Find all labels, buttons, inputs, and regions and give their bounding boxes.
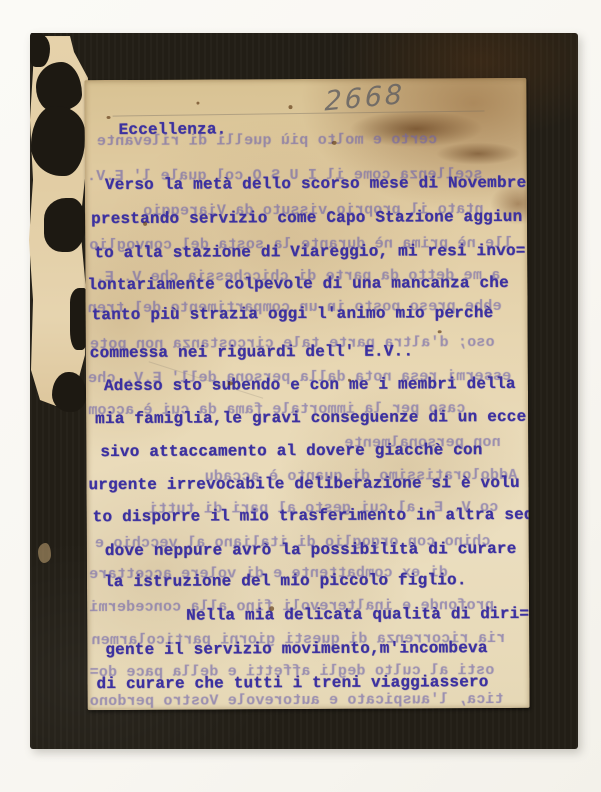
torn-black-fragment	[31, 106, 85, 176]
foxing-speck	[143, 222, 147, 226]
torn-black-fragment	[36, 62, 82, 112]
letter-line: prestando servizio come Capo Stazione ag…	[91, 209, 522, 227]
letter-line: Eccellenza.	[119, 121, 227, 138]
foxing-speck	[196, 102, 199, 105]
paper-crease	[113, 110, 485, 116]
letter-line: dove neppure avrò la possibilità di cura…	[105, 541, 517, 559]
letter-line: la istruzione del mio piccolo figlio.	[104, 572, 467, 590]
letter-line: sivo attaccamento al dovere giacchè con	[100, 442, 482, 460]
foxing-speck	[348, 379, 351, 382]
letter-line: to disporre il mio trasferimento in altr…	[93, 507, 530, 525]
verso-line: tica, l'auspicato e autorevole Vostro pe…	[90, 692, 504, 709]
torn-black-fragment	[30, 33, 50, 67]
typewritten-letter-page: 2668 certo e molto più quelli di rilevan…	[84, 78, 529, 710]
letter-line: Verso la metà dello scorso mese di Novem…	[105, 175, 527, 193]
mount-wear-speck	[38, 543, 51, 563]
foxing-speck	[332, 141, 337, 145]
foxing-speck	[288, 105, 292, 109]
letter-line: di curare che tutti i treni viaggiassero	[96, 674, 488, 692]
foxing-speck	[228, 381, 233, 385]
letter-line: tanto più strazia oggi l'animo mio perch…	[92, 305, 494, 323]
letter-line: urgente irrevocabile deliberazione si è …	[88, 475, 519, 493]
letter-line: Adesso sto subendo e con me i membri del…	[104, 376, 516, 394]
letter-line: gente il servizio movimento,m'incombeva	[105, 640, 487, 658]
foxing-speck	[438, 330, 442, 333]
letter-line: Nella mia delicata qualità di diri=	[186, 606, 529, 624]
foxing-speck	[269, 606, 274, 611]
letter-line: mia famiglia,le gravi conseguenze di un …	[95, 409, 526, 427]
torn-black-fragment	[52, 372, 86, 412]
foxing-speck	[107, 116, 111, 119]
letter-line: to alla stazione di Viareggio, mi resi i…	[94, 243, 525, 261]
letter-line: lontariamente colpevole di una mancanza …	[87, 275, 509, 293]
letter-line: commessa nei riguardi dell' E.V..	[90, 343, 414, 361]
torn-black-fragment	[44, 198, 86, 252]
